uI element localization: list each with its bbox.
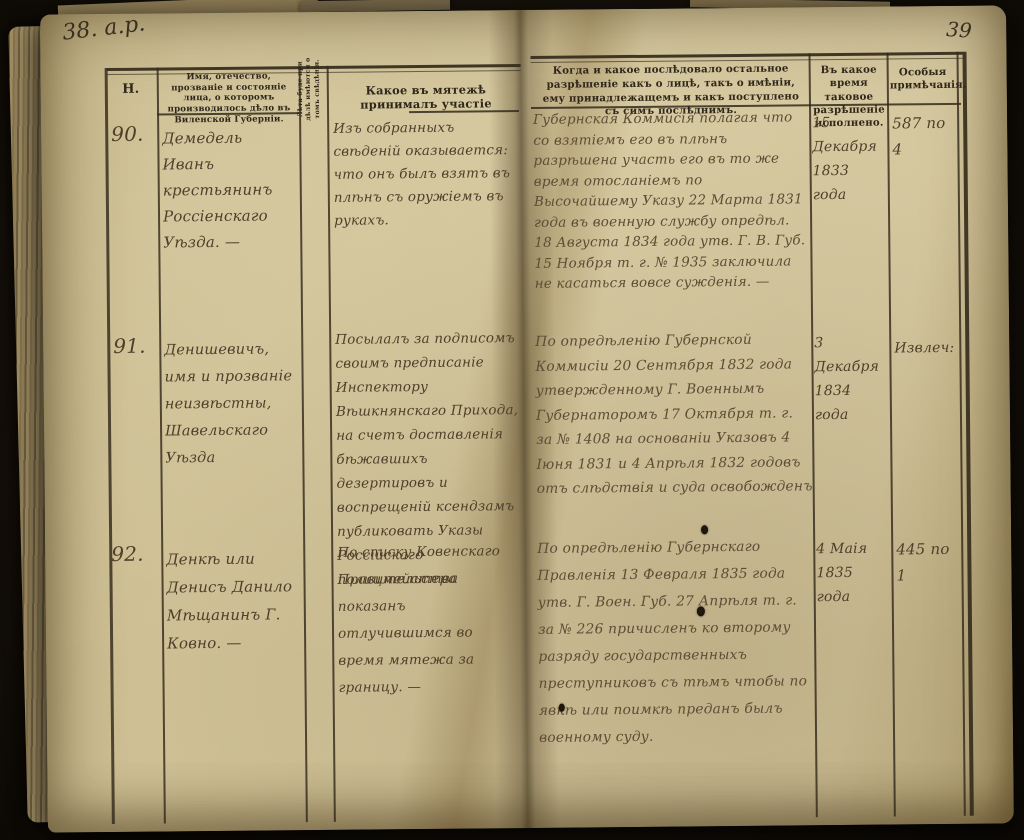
cell-name: Денишевичъ, имя и прозваніе неизвѣстны, …	[164, 336, 299, 472]
open-book-spread: 38. а.р. 39 Н. Имя, отечество, прозваніе…	[40, 5, 1014, 832]
cell-notes: 445 по 1	[896, 536, 956, 589]
cell-notes: Извлеч:	[894, 336, 956, 361]
header-age-column-rotated: Лѣта буде при дѣлѣ имѣются о томъ свѣдѣн…	[295, 51, 330, 127]
cell-resolution: По опредѣленію Губернской Коммисіи 20 Се…	[535, 327, 813, 501]
right-page-number: 39	[946, 17, 973, 42]
header-special-notes-column: Особыя примѣчанія.	[890, 66, 956, 93]
cell-resolution: Губернская Коммисія полагая что со взяті…	[533, 107, 809, 294]
cell-executed: 3 Декабря 1834 года	[814, 331, 887, 428]
column-rule	[299, 66, 308, 822]
cell-notes: 587 по 4	[892, 110, 952, 163]
left-page-number: 38. а.р.	[61, 11, 146, 45]
row-number: 92.	[111, 542, 155, 566]
cell-resolution: По опредѣленію Губернскаго Правленія 13 …	[537, 533, 817, 752]
cell-name: Демедель Иванъ крестьянинъ Россіенскаго …	[162, 124, 297, 255]
worm-hole	[701, 525, 708, 534]
column-rule	[886, 53, 895, 817]
header-number-column: Н.	[105, 82, 157, 97]
cell-participation: По списку Ковенскаго полицмейстера показ…	[337, 538, 523, 702]
row-number: 91.	[113, 334, 157, 358]
header-participation-column: Какое въ мятежѣ принималъ участіе	[333, 82, 519, 112]
table-left-border	[105, 68, 115, 824]
cell-participation: Изъ собранныхъ свѣденій оказывается: что…	[333, 116, 518, 233]
cell-executed: 15 Декабря 1833 года	[812, 111, 885, 208]
worm-hole	[559, 704, 565, 712]
worm-hole	[697, 606, 705, 616]
row-number: 90.	[111, 122, 155, 146]
header-name-column: Имя, отечество, прозваніе и состояніе ли…	[160, 71, 299, 126]
cell-executed: 4 Маія 1835 года	[816, 537, 889, 610]
archival-scan: 38. а.р. 39 Н. Имя, отечество, прозваніе…	[0, 0, 1024, 840]
cell-name: Денкѣ или Денисъ Данило Мѣщанинъ Г. Ковн…	[166, 544, 301, 657]
